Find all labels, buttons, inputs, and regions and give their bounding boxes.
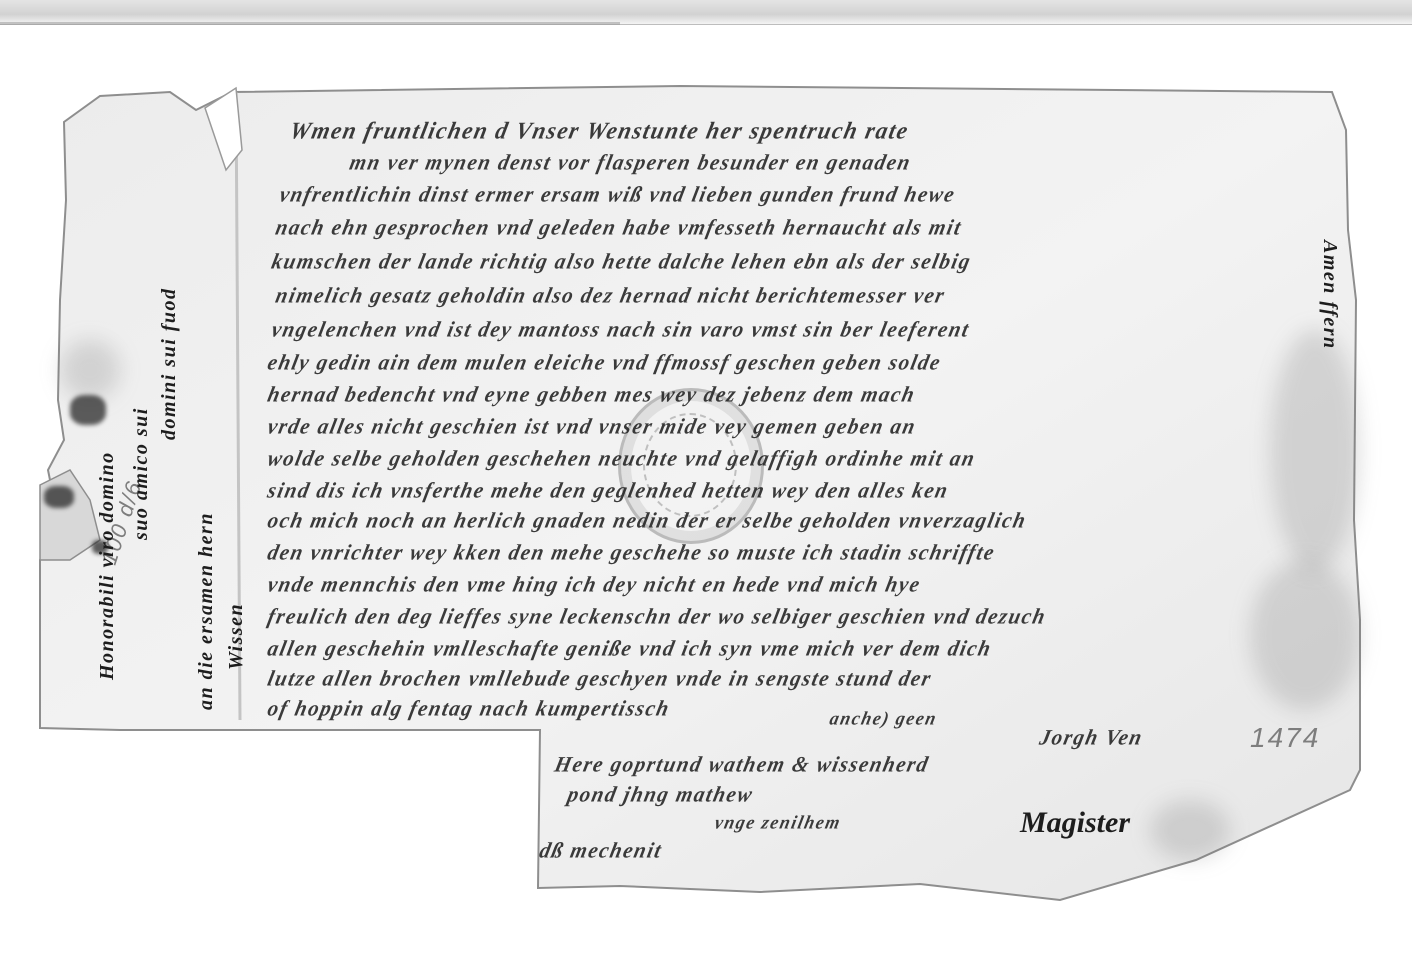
letter-line: och mich noch an herlich gnaden nedin de… bbox=[265, 507, 1029, 533]
address-line: an die ersamen hern bbox=[195, 330, 218, 710]
letter-line: freulich den deg lieffes syne leckenschn… bbox=[265, 603, 1049, 629]
letter-line: Wmen fruntlichen d Vnser Wenstunte her s… bbox=[287, 117, 911, 144]
water-stain bbox=[1250, 560, 1360, 710]
letter-line: allen geschehin vmlleschafte geniße vnd … bbox=[265, 635, 994, 661]
ink-blot bbox=[44, 486, 74, 508]
pencil-date-annotation: 1474 bbox=[1250, 722, 1320, 754]
letter-line: ehly gedin ain dem mulen eleiche vnd ffm… bbox=[265, 349, 944, 375]
closing-line: pond jhng mathew bbox=[565, 781, 756, 807]
letter-line: vrde alles nicht geschien ist vnd vnser … bbox=[265, 413, 919, 439]
address-line: Honorabili viro domino bbox=[96, 120, 119, 680]
address-line: domini sui fuod bbox=[158, 160, 181, 440]
letter-line: den vnrichter wey kken den mehe geschehe… bbox=[265, 539, 998, 565]
water-stain bbox=[1150, 800, 1230, 860]
closing-line: anche) geen bbox=[828, 707, 940, 729]
closing-line: dß mechenit bbox=[537, 837, 665, 863]
letter-line: lutze allen brochen vmllebude geschyen v… bbox=[265, 665, 934, 691]
letter-line: nimelich gesatz geholdin also dez hernad… bbox=[273, 282, 948, 308]
letter-line: nach ehn gesprochen vnd geleden habe vmf… bbox=[273, 214, 964, 240]
letter-line: vnfrentlichin dinst ermer ersam wiß vnd … bbox=[277, 181, 958, 207]
address-line: suo amico sui bbox=[130, 210, 153, 540]
letter-line: vngelenchen vnd ist dey mantoss nach sin… bbox=[269, 316, 972, 342]
letter-line: kumschen der lande richtig also hette da… bbox=[269, 248, 974, 274]
closing-line: Jorgh Ven bbox=[1037, 724, 1145, 750]
letter-line: mn ver mynen denst vor flasperen besunde… bbox=[347, 149, 914, 175]
letter-line: sind dis ich vnsferthe mehe den geglenhe… bbox=[265, 477, 951, 503]
letter-line: hernad bedencht vnd eyne gebben mes wey … bbox=[265, 381, 918, 407]
closing-line: Here goprtund wathem & wissenherd bbox=[552, 751, 931, 777]
signature-magister: Magister bbox=[1020, 806, 1130, 840]
letter-line: vnde mennchis den vme hing ich dey nicht… bbox=[265, 571, 923, 597]
closing-line: vnge zenilhem bbox=[713, 811, 844, 833]
letter-line: wolde selbe geholden geschehen neuchte v… bbox=[265, 445, 978, 471]
margin-note: Amen ffern bbox=[1318, 240, 1341, 440]
water-stain bbox=[1270, 330, 1360, 570]
letter-line: of hoppin alg fentag nach kumpertissch bbox=[265, 695, 672, 721]
address-line: Wissen bbox=[225, 250, 248, 670]
